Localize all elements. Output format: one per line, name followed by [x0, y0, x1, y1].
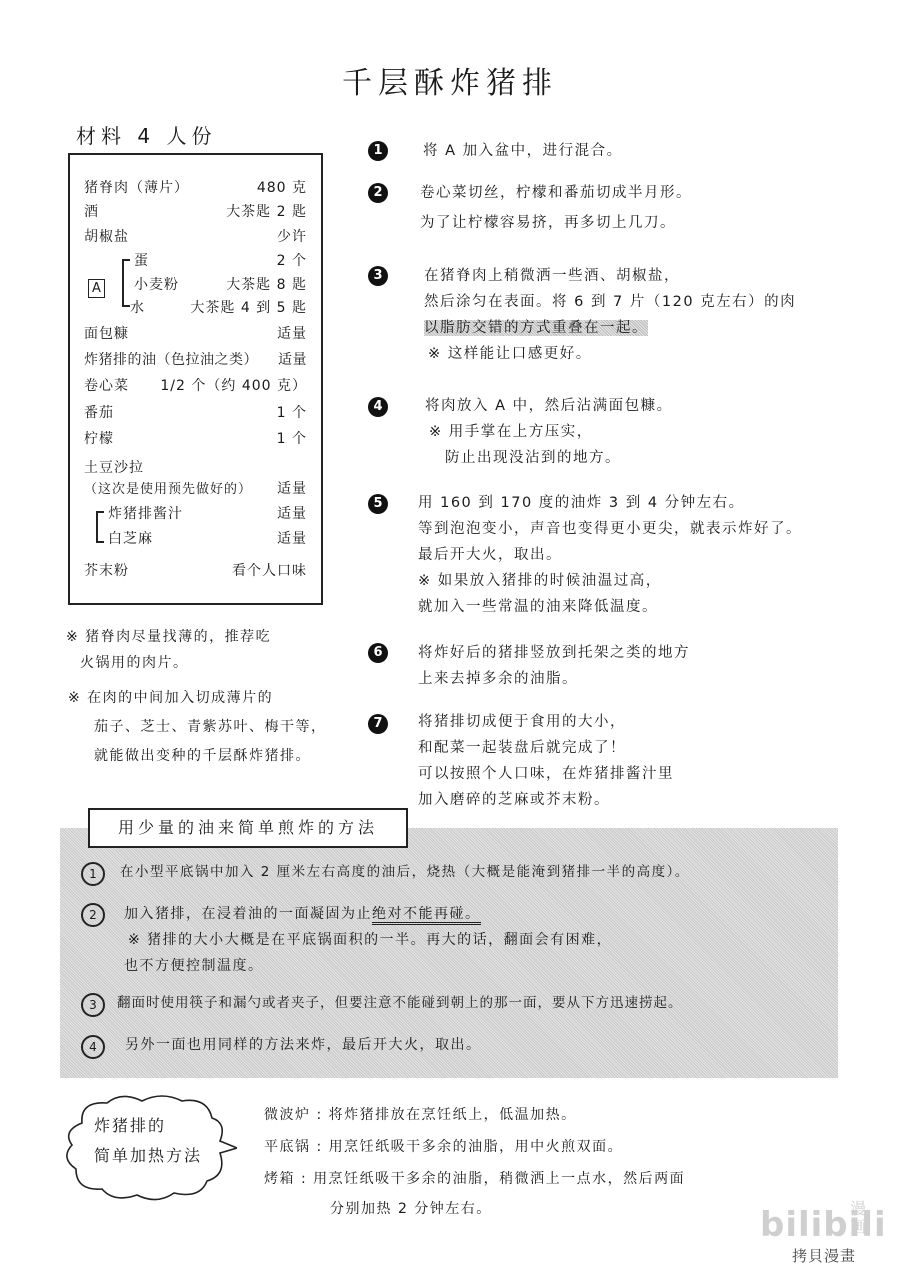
ingredient-name: 猪脊肉（薄片）	[84, 177, 189, 197]
ingredient-row: （这次是使用预先做好的）适量	[84, 478, 307, 498]
reheat-method-oven-cont: 分别加热 2 分钟左右。	[330, 1198, 492, 1218]
ingredient-row: 猪脊肉（薄片）480 克	[84, 177, 307, 197]
shallow-fry-step-2: 加入猪排，在浸着油的一面凝固为止绝对不能再碰。 ※ 猪排的大小大概是在平底锅面积…	[124, 901, 612, 979]
ingredient-row: 炸猪排的油（色拉油之类）适量	[84, 349, 307, 369]
sauce-bracket	[96, 511, 104, 543]
step-number-icon: 5	[368, 494, 388, 514]
ingredient-name: 芥末粉	[84, 560, 129, 580]
ingredient-name: 卷心菜	[84, 375, 129, 395]
ingredients-box: 猪脊肉（薄片）480 克 酒大茶匙 2 匙 胡椒盐少许 A 蛋2 个 小麦粉大茶…	[68, 153, 323, 605]
ingredient-name: 面包糠	[84, 323, 129, 343]
reheat-method-microwave: 微波炉 : 将炸猪排放在烹饪纸上，低温加热。	[264, 1104, 577, 1124]
ingredients-heading: 材料 4 人份	[76, 120, 216, 149]
ingredient-amount: 大茶匙 8 匙	[226, 274, 307, 294]
ingredient-name: 水	[130, 297, 145, 317]
step-number-icon: 7	[368, 714, 388, 734]
ingredient-name: 胡椒盐	[84, 226, 129, 246]
group-a-box: A	[88, 279, 105, 298]
ingredient-row: 水大茶匙 4 到 5 匙	[130, 297, 307, 317]
shallow-fry-step-1: 在小型平底锅中加入 2 厘米左右高度的油后，烧热（大概是能淹到猪排一半的高度）。	[120, 859, 690, 885]
ingredient-name: 柠檬	[84, 428, 114, 448]
step-5-text: 用 160 到 170 度的油炸 3 到 4 分钟左右。 等到泡泡变小，声音也变…	[418, 490, 802, 620]
ingredient-row: 芥末粉看个人口味	[84, 560, 307, 580]
ingredient-row: 小麦粉大茶匙 8 匙	[134, 274, 307, 294]
ingredient-row: 胡椒盐少许	[84, 226, 307, 246]
step-2-text: 卷心菜切丝，柠檬和番茄切成半月形。 为了让柠檬容易挤，再多切上几刀。	[420, 178, 692, 238]
step-number-icon: 6	[368, 643, 388, 663]
ingredient-row: 面包糠适量	[84, 323, 307, 343]
step-number-icon: 4	[368, 397, 388, 417]
watermark-subtitle: 拷貝漫畫	[792, 1245, 856, 1266]
reheat-method-pan: 平底锅 : 用烹饪纸吸干多余的油脂，用中火煎双面。	[264, 1136, 623, 1156]
step-7-text: 将猪排切成便于食用的大小， 和配菜一起装盘后就完成了！ 可以按照个人口味，在炸猪…	[418, 709, 674, 813]
circled-number-icon: 2	[81, 903, 105, 927]
ingredient-row: 炸猪排酱汁适量	[108, 503, 307, 523]
note-2: ※ 在肉的中间加入切成薄片的 茄子、芝士、青紫苏叶、梅干等， 就能做出变种的千层…	[68, 684, 327, 771]
shallow-fry-step-3: 翻面时使用筷子和漏勺或者夹子，但要注意不能碰到朝上的那一面，要从下方迅速捞起。	[117, 990, 683, 1016]
watermark-side-text: 漫画	[850, 1200, 870, 1236]
ingredient-row: 土豆沙拉	[84, 457, 307, 477]
ingredient-amount: 480 克	[257, 177, 307, 197]
ingredient-name: 炸猪排的油（色拉油之类）	[84, 349, 258, 369]
ingredient-row: 卷心菜1/2 个（约 400 克）	[84, 375, 307, 395]
ingredient-row: 白芝麻适量	[108, 528, 307, 548]
ingredient-name: 酒	[84, 201, 99, 221]
step-number-icon: 2	[368, 183, 388, 203]
circled-number-icon: 1	[81, 862, 105, 886]
step-number-icon: 3	[368, 266, 388, 286]
ingredient-amount: 适量	[277, 323, 307, 343]
shallow-fry-step-4: 另外一面也用同样的方法来炸，最后开大火，取出。	[125, 1032, 482, 1058]
ingredient-amount: 大茶匙 4 到 5 匙	[190, 297, 307, 317]
ingredient-amount: 少许	[277, 226, 307, 246]
step-4-text: 将肉放入 A 中，然后沾满面包糠。 ※ 用手掌在上方压实， 防止出现没沾到的地方…	[425, 393, 673, 471]
note-1: ※ 猪脊肉尽量找薄的，推荐吃 火锅用的肉片。	[66, 624, 271, 676]
shallow-fry-title: 用少量的油来简单煎炸的方法	[88, 808, 408, 848]
ingredient-name: 番茄	[84, 402, 114, 422]
step-3-text: 在猪脊肉上稍微洒一些酒、胡椒盐， 然后涂匀在表面。将 6 到 7 片（120 克…	[424, 263, 796, 367]
ingredient-amount: 2 个	[277, 250, 307, 270]
reheat-method-oven: 烤箱 : 用烹饪纸吸干多余的油脂，稍微洒上一点水，然后两面	[264, 1168, 685, 1188]
ingredient-row: 蛋2 个	[134, 250, 307, 270]
ingredient-name: 土豆沙拉	[84, 457, 144, 477]
circled-number-icon: 4	[81, 1035, 105, 1059]
highlighted-text: 以脂肪交错的方式重叠在一起。	[424, 320, 648, 336]
ingredient-amount: 适量	[278, 349, 307, 369]
ingredient-name: 炸猪排酱汁	[108, 503, 183, 523]
speech-cloud: 炸猪排的 简单加热方法	[62, 1093, 237, 1201]
circled-number-icon: 3	[81, 993, 105, 1017]
ingredient-amount: 适量	[277, 503, 307, 523]
ingredient-name: 蛋	[134, 250, 149, 270]
ingredient-amount: 看个人口味	[232, 560, 307, 580]
cloud-text: 炸猪排的 简单加热方法	[94, 1111, 202, 1171]
ingredient-name: 小麦粉	[134, 274, 179, 294]
ingredient-amount: 1 个	[277, 428, 307, 448]
ingredient-row: 番茄1 个	[84, 402, 307, 422]
recipe-title: 千层酥炸猪排	[0, 58, 900, 102]
step-6-text: 将炸好后的猪排竖放到托架之类的地方 上来去掉多余的油脂。	[418, 640, 690, 692]
step-number-icon: 1	[368, 141, 388, 161]
ingredient-row: 柠檬1 个	[84, 428, 307, 448]
emphasis-text: 绝对不能再碰。	[372, 906, 481, 925]
ingredient-amount: 1/2 个（约 400 克）	[160, 375, 307, 395]
ingredient-row: 酒大茶匙 2 匙	[84, 201, 307, 221]
ingredient-amount: 大茶匙 2 匙	[226, 201, 307, 221]
ingredient-name: （这次是使用预先做好的）	[84, 478, 252, 498]
group-a-label: A	[88, 277, 105, 298]
ingredient-amount: 适量	[277, 528, 307, 548]
step-1-text: 将 A 加入盆中，进行混合。	[423, 138, 623, 164]
ingredient-amount: 适量	[277, 478, 307, 498]
ingredient-amount: 1 个	[277, 402, 307, 422]
group-a-bracket	[122, 259, 130, 307]
ingredient-name: 白芝麻	[108, 528, 153, 548]
